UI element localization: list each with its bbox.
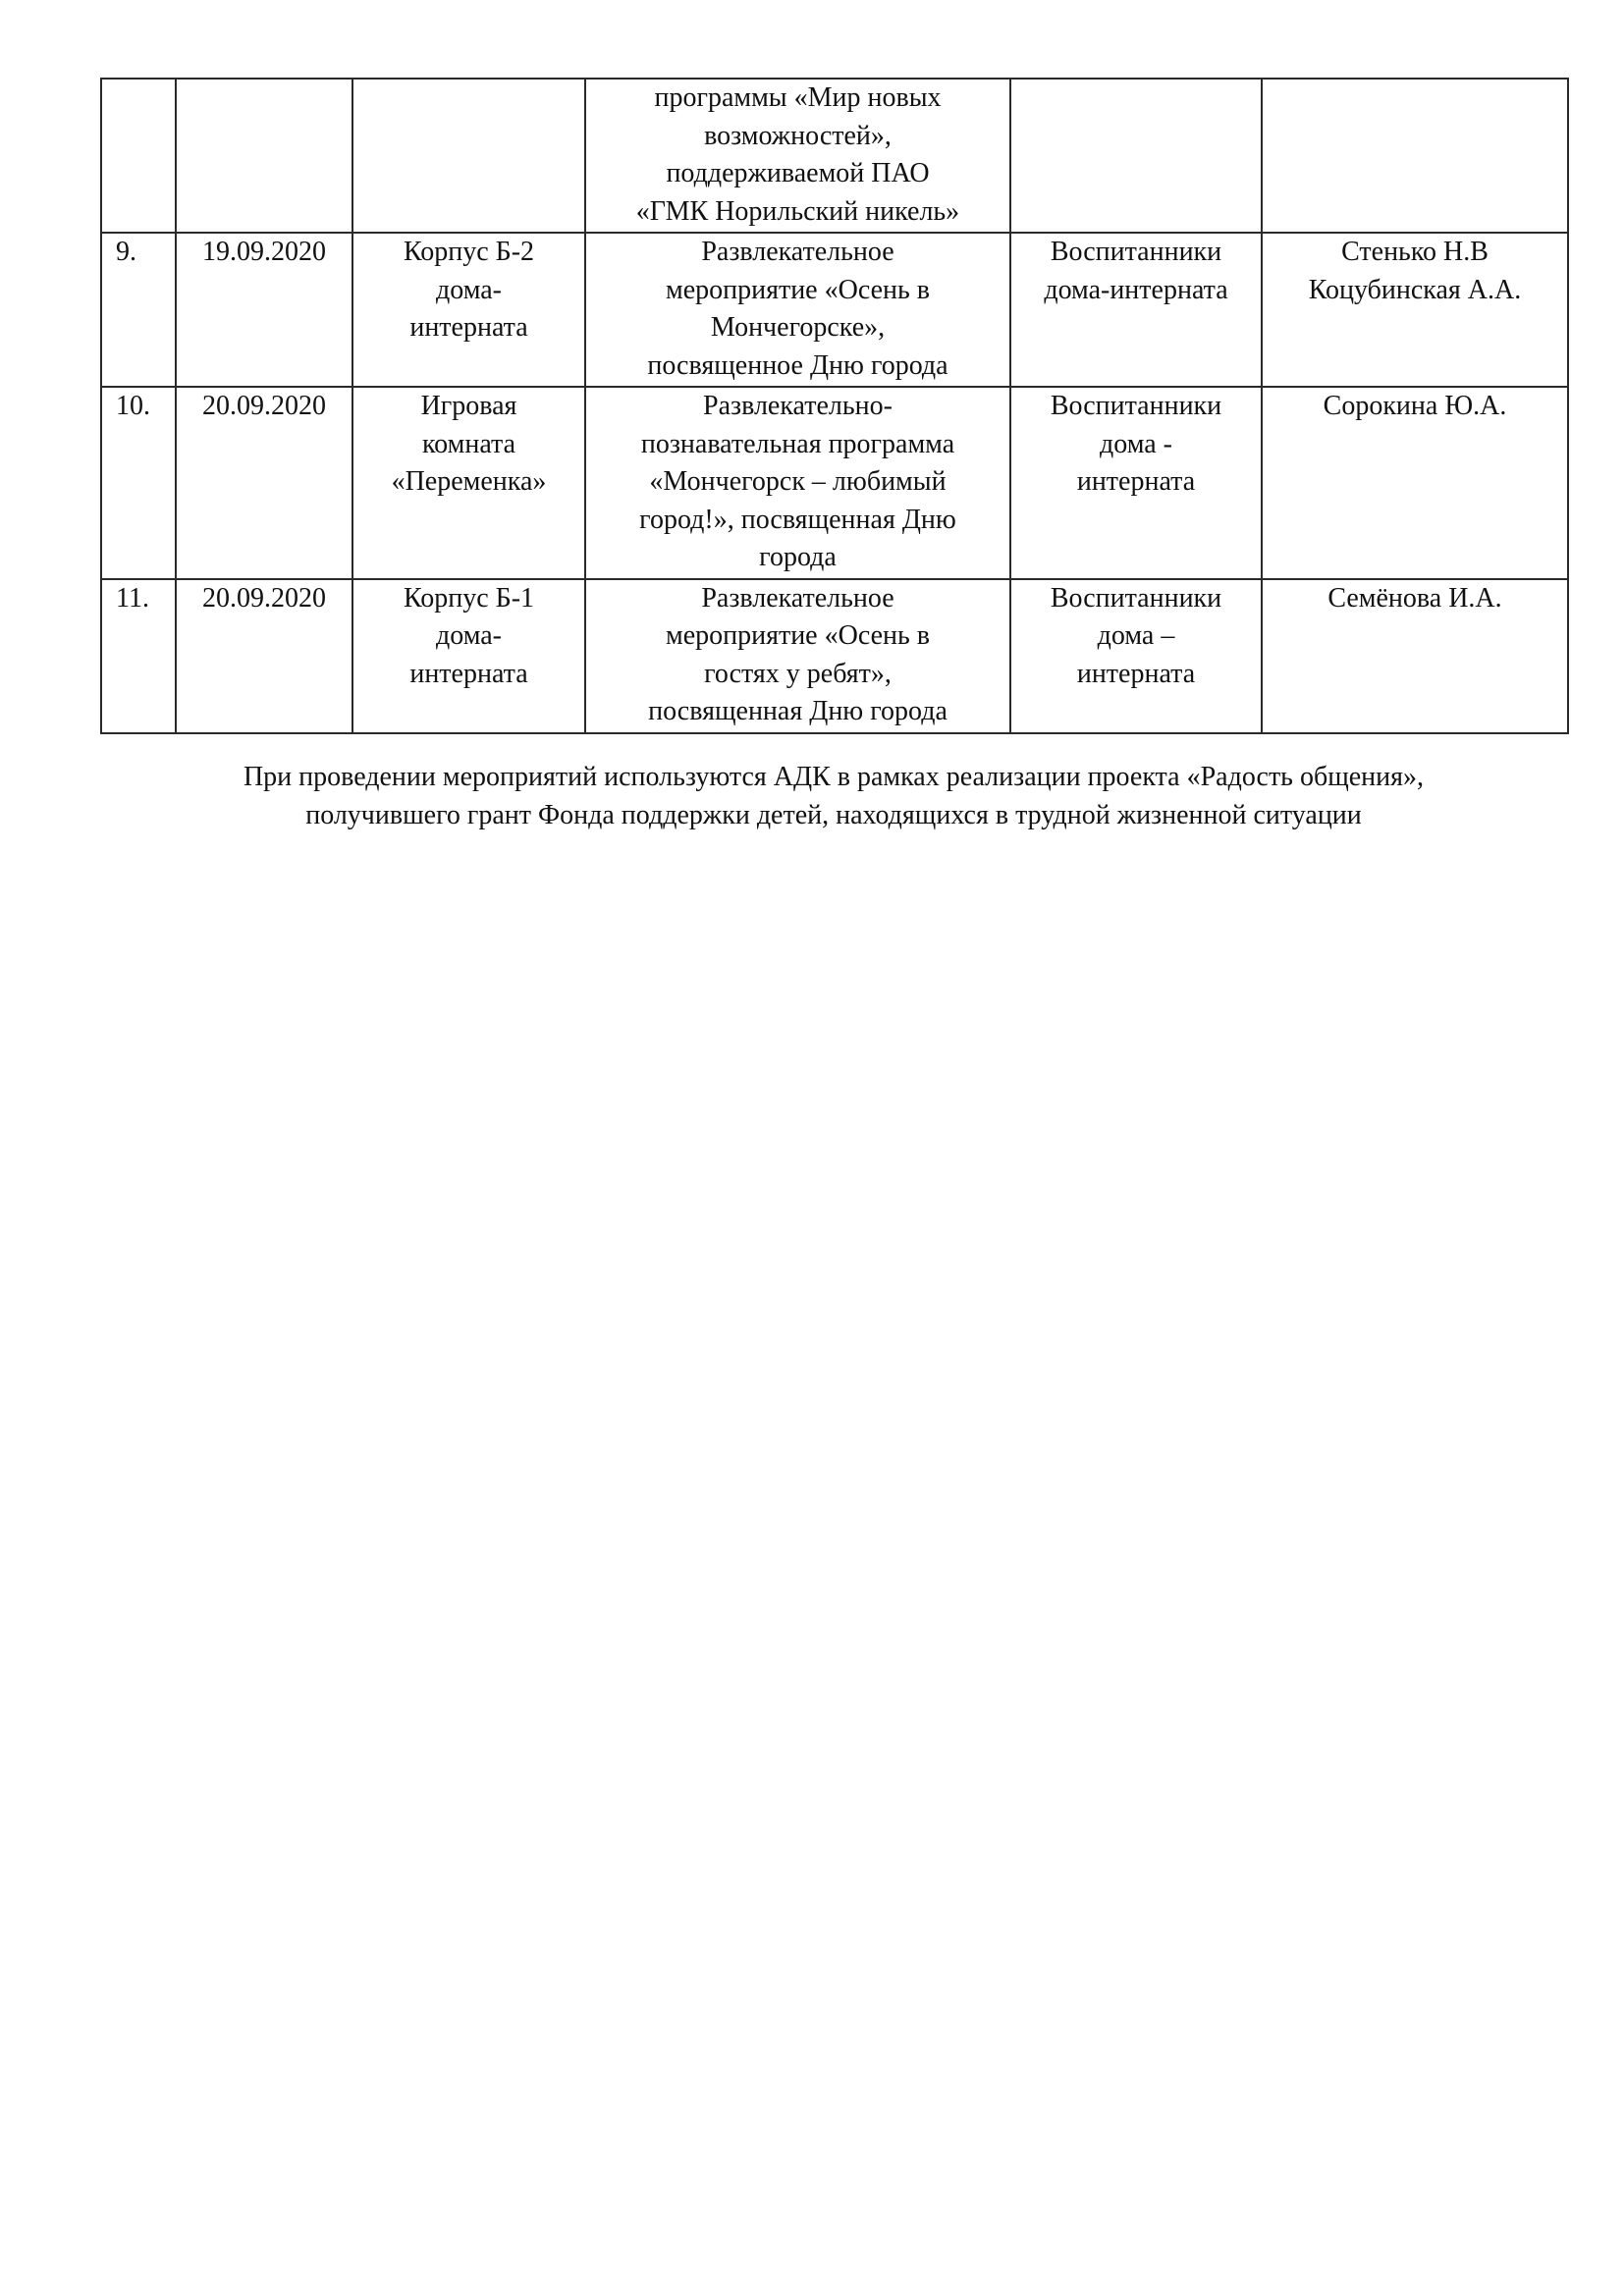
cell-event-line: Развлекательно- [592,388,1003,426]
cell-participants-line: интерната [1017,656,1255,694]
cell-place-line: комната [359,426,578,464]
cell-event-line: Развлекательное [592,234,1003,272]
cell-event-line: возможностей», [592,118,1003,156]
cell-number: 11. [101,579,176,733]
cell-place-line: интерната [359,309,578,347]
cell-place: Корпус Б-2дома-интерната [352,233,585,387]
cell-place-line: «Переменка» [359,463,578,502]
table-row: 9.19.09.2020Корпус Б-2дома-интернатаРазв… [101,233,1568,387]
cell-place: Корпус Б-1дома-интерната [352,579,585,733]
cell-event-line: города [592,539,1003,577]
cell-participants-line: Воспитанники [1017,580,1255,618]
cell-date [176,79,352,233]
cell-event: Развлекательноемероприятие «Осень вМонче… [585,233,1010,387]
cell-responsible-line: Семёнова И.А. [1269,580,1561,618]
cell-participants: Воспитанникидома -интерната [1010,387,1262,579]
cell-place-line: Корпус Б-1 [359,580,578,618]
document-page: программы «Мир новыхвозможностей»,поддер… [0,0,1624,2296]
cell-place-line: дома- [359,617,578,656]
cell-date: 20.09.2020 [176,579,352,733]
cell-event-line: посвященное Дню города [592,347,1003,386]
cell-participants: Воспитанникидома-интерната [1010,233,1262,387]
cell-event-line: гостях у ребят», [592,656,1003,694]
table-row: 10.20.09.2020Игроваякомната«Переменка»Ра… [101,387,1568,579]
footnote-line-2: получившего грант Фонда поддержки детей,… [100,796,1567,834]
cell-responsible-line: Коцубинская А.А. [1269,272,1561,310]
cell-responsible-line: Сорокина Ю.А. [1269,388,1561,426]
cell-place-line: Игровая [359,388,578,426]
cell-place: Игроваякомната«Переменка» [352,387,585,579]
cell-participants: Воспитанникидома –интерната [1010,579,1262,733]
cell-event-line: посвященная Дню города [592,693,1003,731]
footnote: При проведении мероприятий используются … [100,758,1567,834]
cell-participants-line: Воспитанники [1017,388,1255,426]
cell-responsible: Семёнова И.А. [1262,579,1568,733]
cell-responsible: Стенько Н.ВКоцубинская А.А. [1262,233,1568,387]
cell-place [352,79,585,233]
cell-participants-line: дома – [1017,617,1255,656]
cell-responsible: Сорокина Ю.А. [1262,387,1568,579]
cell-event-line: «Мончегорск – любимый [592,463,1003,502]
cell-number [101,79,176,233]
cell-number: 10. [101,387,176,579]
cell-event-line: город!», посвященная Дню [592,502,1003,540]
cell-participants-line: дома - [1017,426,1255,464]
cell-place-line: интерната [359,656,578,694]
cell-place-line: Корпус Б-2 [359,234,578,272]
cell-number: 9. [101,233,176,387]
cell-responsible [1262,79,1568,233]
cell-participants-line: Воспитанники [1017,234,1255,272]
cell-event-line: мероприятие «Осень в [592,617,1003,656]
cell-event-line: «ГМК Норильский никель» [592,193,1003,232]
cell-place-line: дома- [359,272,578,310]
cell-participants [1010,79,1262,233]
cell-event-line: поддерживаемой ПАО [592,155,1003,193]
cell-event: программы «Мир новыхвозможностей»,поддер… [585,79,1010,233]
cell-event-line: Мончегорске», [592,309,1003,347]
cell-participants-line: интерната [1017,463,1255,502]
cell-responsible-line: Стенько Н.В [1269,234,1561,272]
cell-event-line: программы «Мир новых [592,80,1003,118]
cell-event-line: Развлекательное [592,580,1003,618]
table-row: 11.20.09.2020Корпус Б-1дома-интернатаРаз… [101,579,1568,733]
footnote-line-1: При проведении мероприятий используются … [100,758,1567,796]
events-table: программы «Мир новыхвозможностей»,поддер… [100,78,1569,734]
cell-date: 20.09.2020 [176,387,352,579]
cell-event: Развлекательно-познавательная программа«… [585,387,1010,579]
cell-date: 19.09.2020 [176,233,352,387]
cell-event-line: мероприятие «Осень в [592,272,1003,310]
table-row: программы «Мир новыхвозможностей»,поддер… [101,79,1568,233]
cell-event: Развлекательноемероприятие «Осень вгостя… [585,579,1010,733]
cell-participants-line: дома-интерната [1017,272,1255,310]
cell-event-line: познавательная программа [592,426,1003,464]
